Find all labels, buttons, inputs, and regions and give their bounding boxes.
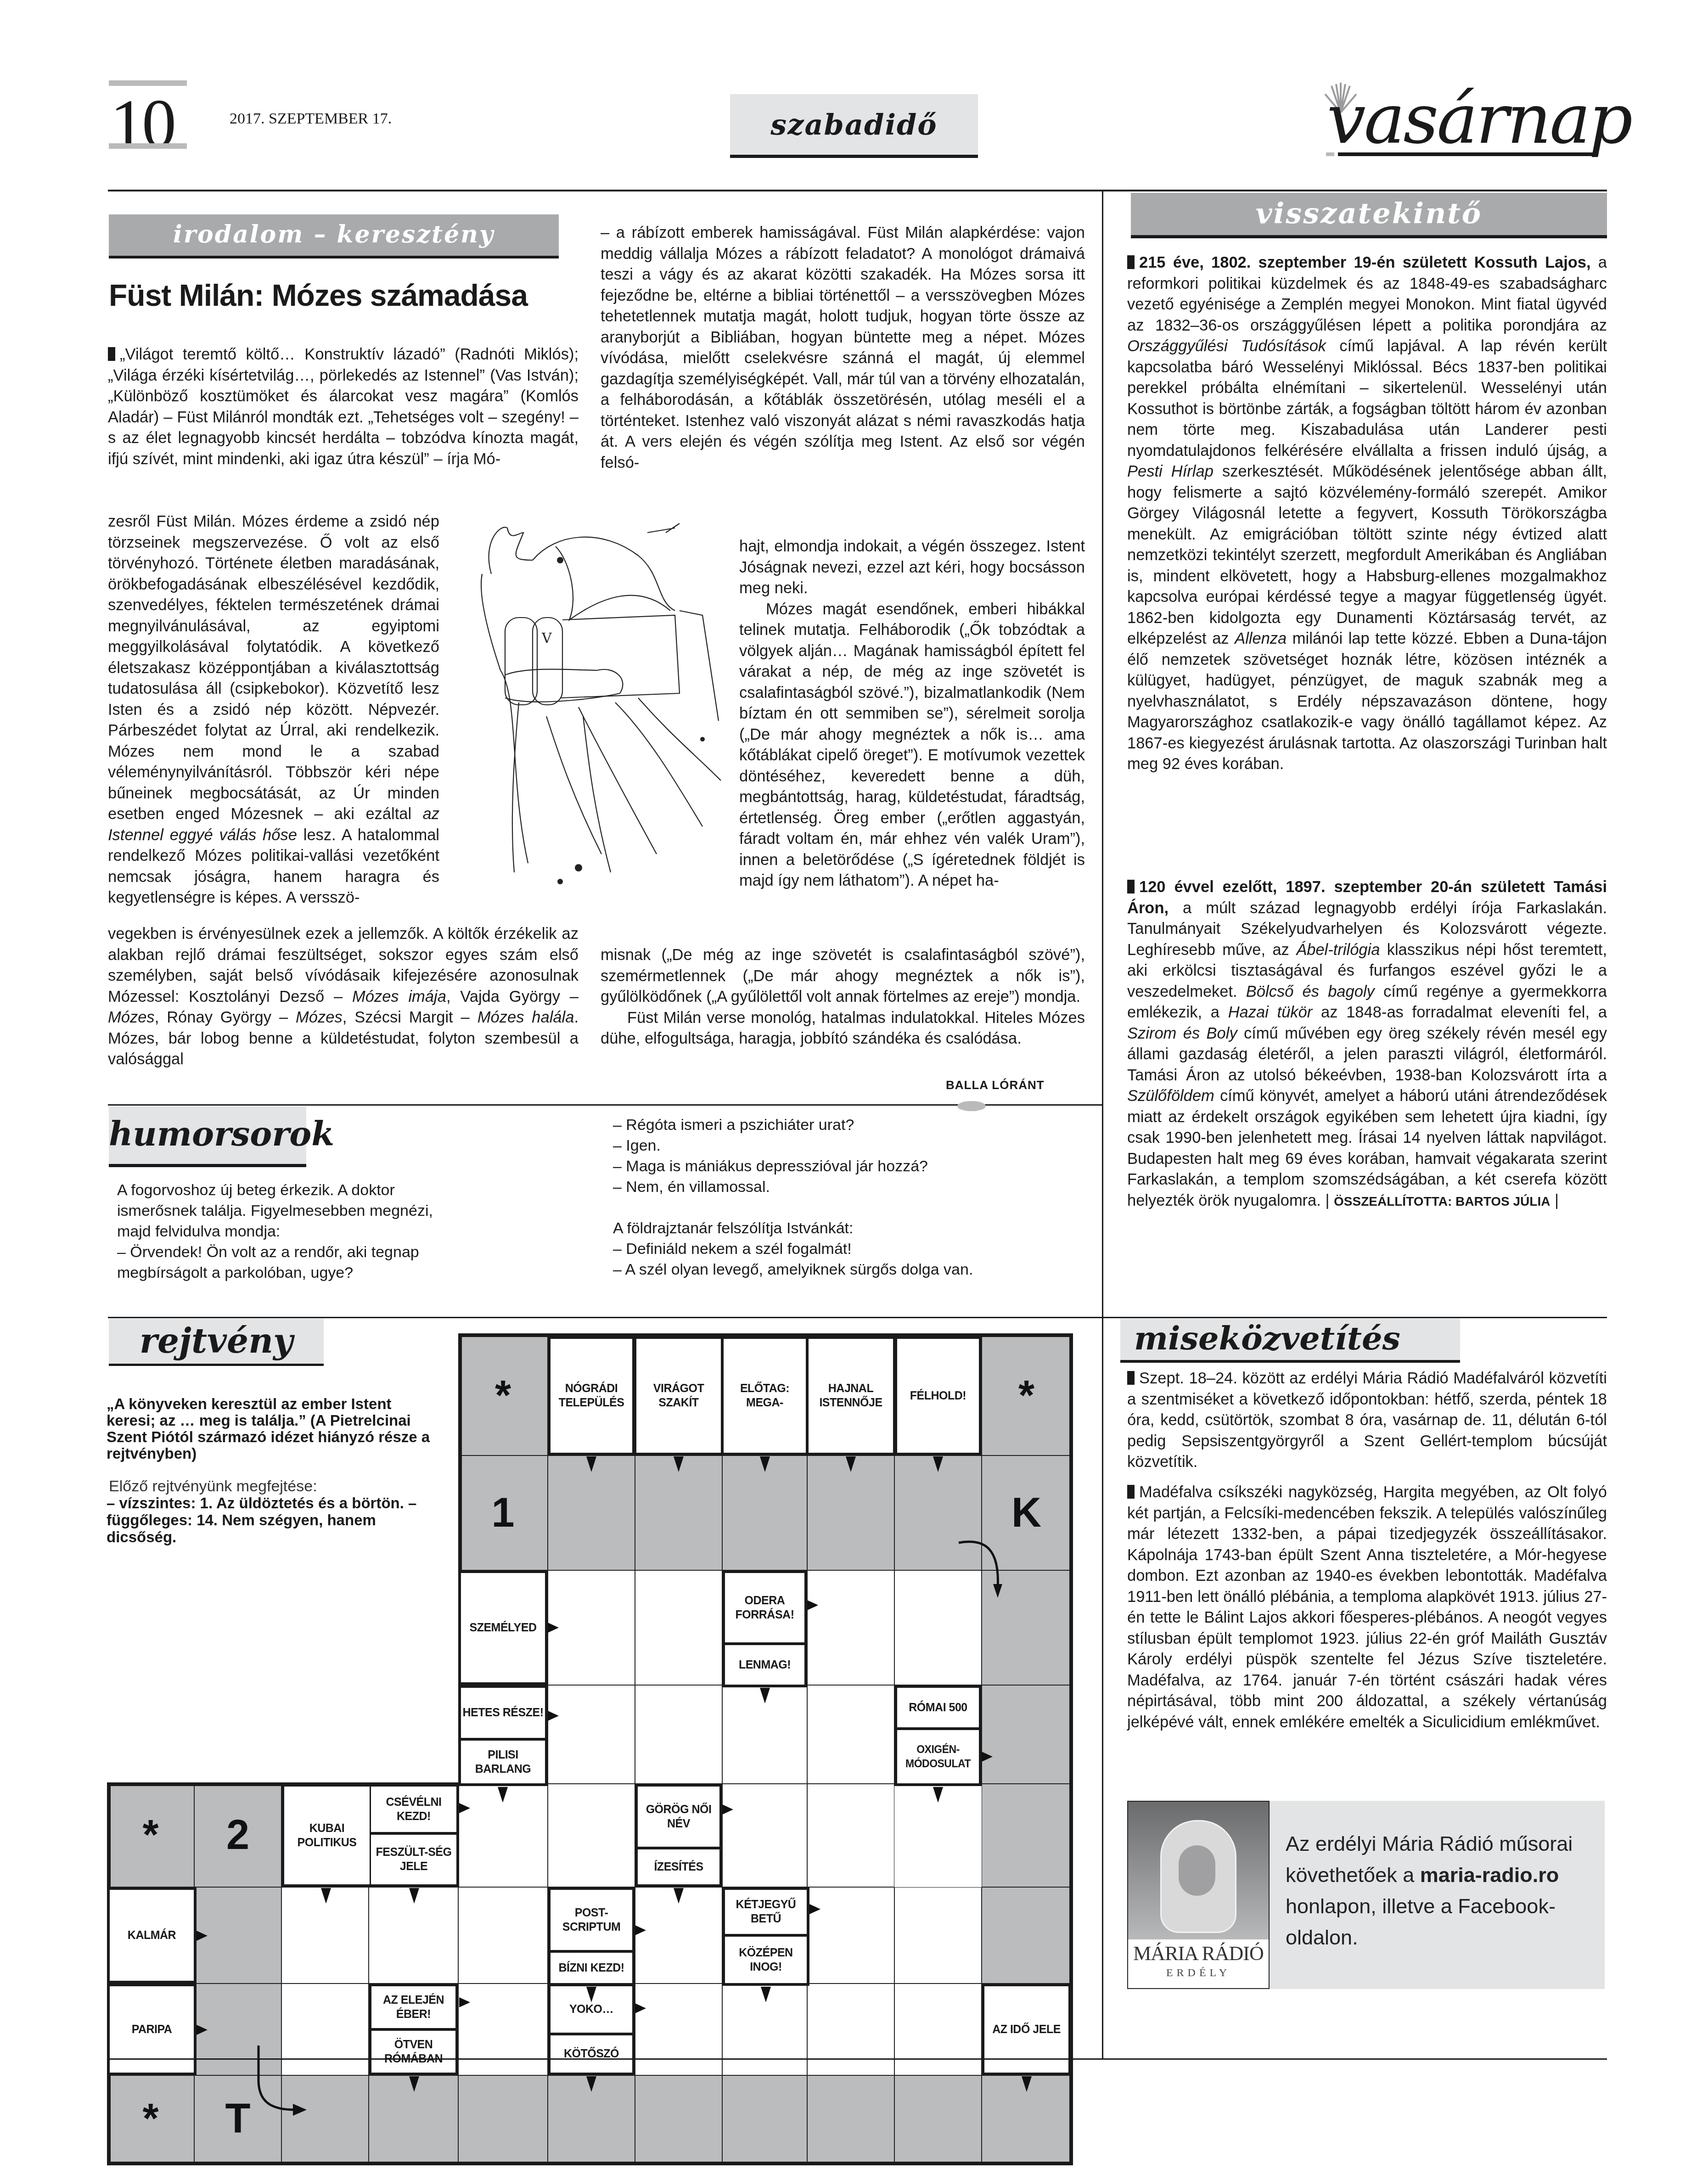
crossword-cell[interactable] (548, 1455, 635, 1570)
crossword-cell[interactable] (458, 1984, 548, 2075)
clue-paripa: PARIPA (107, 1984, 197, 2075)
arrow-down-icon (409, 2076, 419, 2092)
arrow-down-icon (586, 2076, 596, 2092)
crossword-cell[interactable] (635, 1570, 722, 1685)
column-divider-right (1102, 191, 1103, 2059)
retro-item-tamasi: 120 évvel ezelőtt, 1897. szeptember 20-á… (1127, 877, 1607, 1212)
clue-bizni: BÍZNI KEZD! (548, 1951, 635, 1986)
arrow-down-icon (760, 1456, 770, 1472)
clue-otven: ÖTVEN RÓMÁBAN (369, 2029, 458, 2075)
curved-arrow-icon (956, 1534, 1011, 1602)
crossword-cell[interactable] (807, 1685, 894, 1784)
crossword-cell[interactable] (807, 1570, 894, 1685)
retro-kicker: visszatekintő (1131, 193, 1607, 238)
clue-felhold: FÉLHOLD! (894, 1336, 982, 1455)
clue-izesites: ÍZESÍTÉS (635, 1848, 722, 1887)
arrow-down-icon (586, 1987, 596, 2002)
arrow-right-icon (197, 2025, 208, 2035)
mass-madefalva: Madéfalva csíkszéki nagyközség, Hargita … (1127, 1482, 1607, 1733)
crossword-cell[interactable] (894, 1887, 982, 1984)
arrow-right-icon (459, 1803, 470, 1813)
arrow-down-icon (761, 1987, 771, 2002)
clue-gorog: GÖRÖG NŐI NÉV (635, 1784, 722, 1848)
crossword-cell[interactable] (635, 1984, 722, 2075)
clue-hetes: HETES RÉSZE! (458, 1685, 548, 1739)
crossword-grid: * * 1 K * 2 * T NÓGRÁDI TELEPÜLÉS VIRÁGO… (107, 1327, 1071, 2020)
arrow-right-icon (459, 1997, 470, 2007)
clue-pilisi: PILISI BARLANG (458, 1739, 548, 1786)
clue-csevelni: CSÉVÉLNI KEZD! (370, 1784, 459, 1833)
moses-drawing-icon: V (464, 505, 739, 900)
crossword-cell[interactable] (458, 1887, 548, 1984)
paragraph-bullet (1127, 1485, 1135, 1499)
footer-rule (108, 2058, 1607, 2060)
paragraph-bullet (1127, 1371, 1135, 1385)
arrow-right-icon (807, 1600, 818, 1610)
crossword-cell[interactable] (548, 1570, 635, 1685)
arrow-down-icon (498, 1787, 508, 1803)
arrow-down-icon (933, 1456, 943, 1472)
clue-lenmag: LENMAG! (722, 1644, 807, 1687)
arrow-right-icon (635, 1925, 646, 1935)
arrow-down-icon (586, 1456, 596, 1472)
article-col2-bottom: misnak („De még az inge szövetét is csal… (601, 945, 1085, 1050)
humor-rule-ornament (957, 1101, 986, 1111)
mass-schedule: Szept. 18–24. között az erdélyi Mária Rá… (1127, 1368, 1607, 1473)
arrow-down-icon (1022, 2076, 1032, 2092)
header-rule (108, 190, 1607, 191)
arrow-right-icon (548, 1711, 559, 1721)
humor-rule (108, 1104, 1102, 1106)
svg-text:V: V (541, 630, 552, 646)
crossword-cell[interactable] (722, 2075, 807, 2163)
clue-oxigen: OXIGÉN-MÓDOSULAT (894, 1729, 982, 1786)
crossword-cell[interactable] (894, 2075, 982, 2163)
page-number-bar-top (109, 80, 187, 86)
article-col2-narrow: hajt, elmondja indokait, a végén összege… (739, 536, 1085, 892)
article-col1-bottom: vegekben is érvényesülnek ezek a jellemz… (108, 924, 579, 1070)
humor-kicker: humorsorok (109, 1107, 306, 1167)
maria-radio-ad-text: Az erdélyi Mária Rádió műsorai követhető… (1286, 1828, 1598, 1953)
crossword-number-1: 1 (458, 1455, 548, 1570)
clue-azido: AZ IDŐ JELE (982, 1984, 1071, 2075)
clue-romai: RÓMAI 500 (894, 1685, 982, 1729)
mass-kicker: miseközvetítés (1120, 1319, 1460, 1363)
arrow-down-icon (846, 1456, 856, 1472)
article-kicker: irodalom – keresztény szemmel (109, 214, 559, 258)
crossword-star-marker: * (458, 1336, 548, 1455)
crossword-star-marker: * (107, 1784, 194, 1887)
crossword-cell[interactable] (722, 1784, 807, 1887)
crossword-cell[interactable] (635, 1685, 722, 1784)
arrow-down-icon (321, 1888, 331, 1904)
maria-radio-logo-title: MÁRIA RÁDIÓ (1128, 1942, 1269, 1965)
humor-joke-wind: A földrajztanár felszólítja Istvánkát: –… (613, 1218, 1095, 1280)
puzzle-rule (108, 1317, 1607, 1318)
crossword-cell[interactable] (548, 1685, 635, 1784)
maria-radio-link[interactable]: maria-radio.ro (1420, 1863, 1559, 1887)
crossword-star-marker: * (107, 2075, 194, 2163)
clue-hajnal: HAJNAL ISTENNŐJE (807, 1336, 894, 1455)
crossword-number-2: 2 (194, 1784, 281, 1887)
arrow-down-icon (760, 1688, 770, 1703)
clue-elotag: ELŐTAG: MEGA- (722, 1336, 807, 1455)
article-col2-top: – a rábízott emberek hamisságával. Füst … (601, 223, 1085, 473)
crossword-cell[interactable] (635, 2075, 722, 2163)
clue-szemelyed: SZEMÉLYED (458, 1570, 548, 1685)
curved-arrow-icon (254, 2043, 318, 2121)
clue-post: POST-SCRIPTUM (548, 1887, 635, 1951)
masthead: vasárnap (1322, 80, 1598, 158)
arrow-right-icon (197, 1931, 208, 1941)
maria-radio-logo: MÁRIA RÁDIÓ ERDÉLY (1127, 1801, 1270, 1989)
crossword-cell[interactable] (548, 1784, 635, 1887)
crossword-cell[interactable] (807, 2075, 894, 2163)
crossword-cell[interactable] (635, 1455, 722, 1570)
crossword-cell[interactable] (807, 1887, 894, 1984)
crossword-star-marker: * (982, 1336, 1071, 1455)
moses-illustration: V (464, 505, 739, 900)
crossword-cell[interactable] (982, 1685, 1071, 1784)
maria-radio-logo-sub: ERDÉLY (1128, 1967, 1269, 1979)
humor-joke-dentist: A fogorvoshoz új beteg érkezik. A doktor… (117, 1180, 461, 1283)
arrow-down-icon (674, 1456, 684, 1472)
retro-item-kossuth: 215 éve, 1802. szeptember 19-én születet… (1127, 253, 1607, 775)
crossword-cell[interactable] (982, 1784, 1071, 1887)
crossword-cell[interactable] (894, 1984, 982, 2075)
article-author: BALLA LÓRÁNT (946, 1078, 1045, 1092)
crossword-cell[interactable] (807, 1455, 894, 1570)
article-col1-top: „Világot teremtő költő… Konstruktív láza… (108, 344, 579, 470)
clue-kubai: KUBAI POLITIKUS (281, 1784, 371, 1887)
clue-odera: ODERA FORRÁSA! (722, 1570, 807, 1644)
paragraph-bullet (1127, 880, 1135, 893)
humor-joke-psychiatrist: – Régóta ismeri a pszichiáter urat? – Ig… (613, 1115, 1095, 1197)
paragraph-bullet (1127, 255, 1135, 269)
arrow-down-icon (674, 1888, 684, 1904)
clue-viragot: VIRÁGOT SZAKÍT (635, 1336, 722, 1455)
paragraph-bullet (108, 347, 115, 361)
masthead-logo: vasárnap (1327, 85, 1631, 154)
section-label: szabadidő (730, 94, 978, 158)
maria-radio-ad: MÁRIA RÁDIÓ ERDÉLY Az erdélyi Mária Rádi… (1127, 1801, 1605, 1989)
arrow-right-icon (809, 1904, 820, 1914)
crossword-cell[interactable] (982, 1887, 1071, 1984)
arrow-down-icon (933, 1787, 943, 1803)
clue-ketjegyu: KÉTJEGYŰ BETŰ (722, 1887, 809, 1935)
arrow-right-icon (548, 1623, 559, 1633)
clue-kozepen: KÖZÉPEN INOG! (722, 1935, 809, 1986)
crossword-cell[interactable] (807, 1784, 894, 1887)
clue-nogradi: NÓGRÁDI TELEPÜLÉS (548, 1336, 635, 1455)
crossword-cell[interactable] (458, 2075, 548, 2163)
arrow-right-icon (982, 1752, 993, 1762)
page-number-bar-bottom (109, 143, 187, 149)
clue-elejen: AZ ELEJÉN ÉBER! (369, 1984, 458, 2029)
arrow-right-icon (635, 2003, 646, 2013)
section-label-text: szabadidő (770, 108, 937, 141)
clue-kotoszo: KÖTŐSZÓ (548, 2034, 635, 2075)
article-col1-narrow: zesről Füst Milán. Mózes érdeme a zsidó … (108, 511, 439, 909)
clue-feszult: FESZÜLT-SÉG JELE (370, 1833, 459, 1887)
arrow-right-icon (722, 1804, 733, 1815)
issue-date: 2017. SZEPTEMBER 17. (230, 110, 392, 128)
crossword-cell[interactable] (807, 1984, 894, 2075)
clue-kalmar: KALMÁR (107, 1887, 197, 1984)
crossword-cell[interactable] (722, 1455, 807, 1570)
article-title: Füst Milán: Mózes számadása (109, 278, 528, 313)
arrow-down-icon (409, 1888, 419, 1904)
